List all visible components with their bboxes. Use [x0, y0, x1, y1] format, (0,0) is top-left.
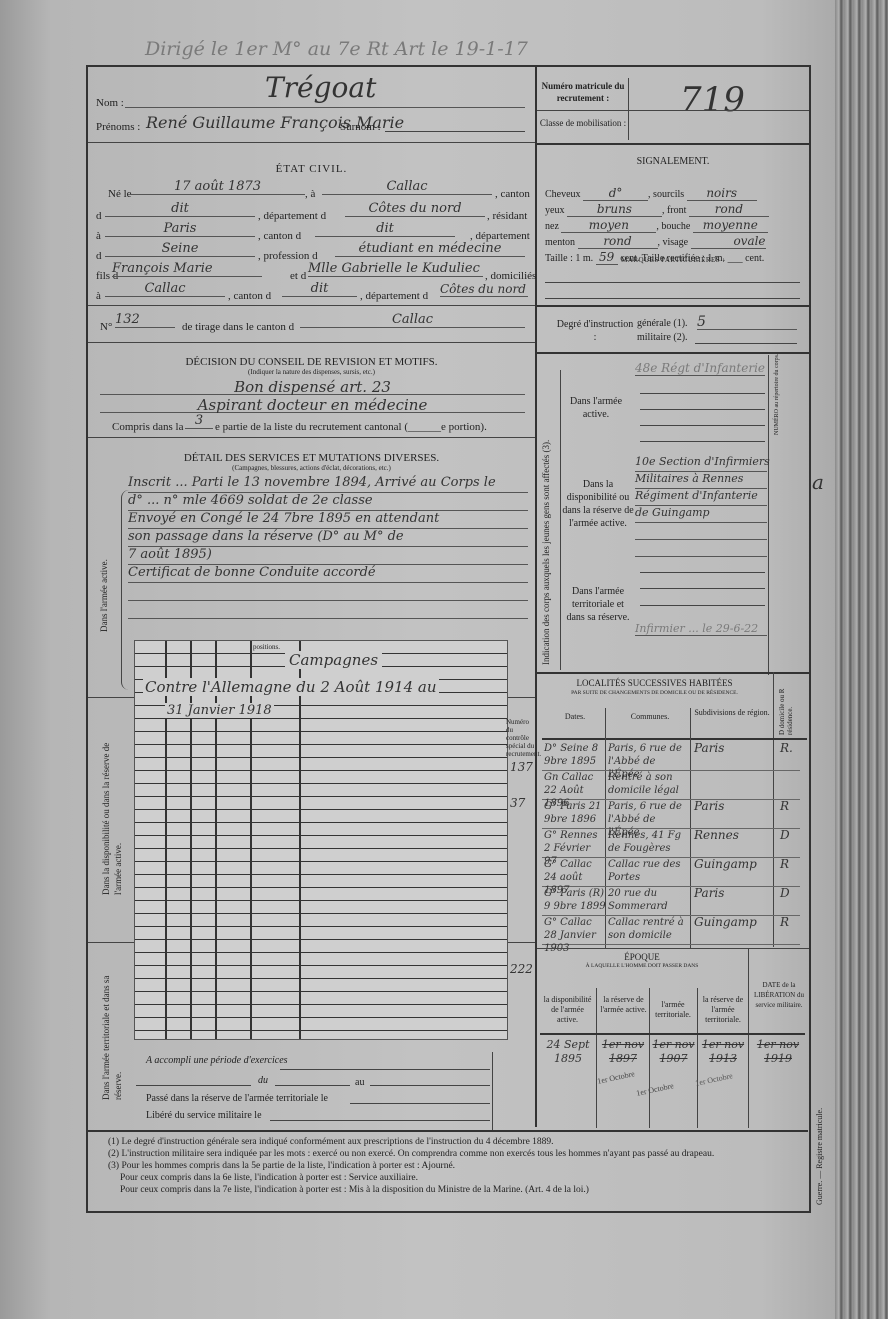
epoque-col: la réserve de l'armée territoriale. — [698, 995, 748, 1025]
affectation-side-label: Indication des corps auxquels les jeunes… — [541, 440, 551, 665]
active-label: Dans l'armée active. — [562, 395, 630, 421]
localite-row: G° Paris (R) 9 9bre 189920 rue du Sommer… — [542, 887, 800, 916]
col-dates: Dates. — [545, 712, 605, 721]
localite-subdivision: Guingamp — [694, 916, 772, 929]
controle-value: 222 — [510, 962, 533, 976]
epoque-value: 1er nov 1907 — [650, 1038, 697, 1066]
localite-row: G° Rennes 2 Février 97Rennes, 41 Fg de F… — [542, 829, 800, 858]
domicile-departement-value: Côtes du nord — [440, 282, 528, 297]
numero-repertoire-label: NUMÉRO au répertoire du corps. — [774, 354, 780, 435]
nom-label: Nom : — [96, 97, 124, 109]
localite-date: G° Paris 21 9bre 1896 — [544, 800, 606, 826]
col-domicile: D domicile ou R résidence. — [778, 675, 794, 735]
localite-commune: Callac rentré à son domicile — [608, 916, 690, 942]
tirage-text: de tirage dans le canton d — [182, 321, 294, 333]
birthplace-value: Callac — [322, 180, 492, 195]
decision-subtitle: (Indiquer la nature des dispenses, sursi… — [88, 368, 535, 376]
side-label-territoriale: Dans l'armée territoriale et dans sa rés… — [100, 960, 124, 1100]
footnote: (2) L'instruction militaire sera indiqué… — [108, 1148, 808, 1160]
services-subtitle: (Campagnes, blessures, actions d'éclat, … — [88, 464, 535, 472]
localites-title: LOCALITÉS SUCCESSIVES HABITÉES — [537, 678, 772, 688]
compris-label: Compris dans la — [112, 421, 184, 433]
generale-label: générale (1). — [637, 318, 688, 329]
residant-value: Paris — [105, 222, 255, 237]
decision-line1: Bon dispensé art. 23 — [100, 380, 525, 395]
service-line: d° ... n° mle 4669 soldat de 2e classe — [128, 493, 528, 511]
sourcils-value: noirs — [687, 186, 757, 201]
decision-line2: Aspirant docteur en médecine — [100, 398, 525, 413]
prenoms-label: Prénoms : — [96, 121, 140, 133]
epoque-col: l'armée territoriale. — [650, 1000, 696, 1020]
service-line: Inscrit ... Parti le 13 novembre 1894, A… — [128, 475, 528, 493]
mere-value: Mlle Gabrielle le Kuduliec — [308, 262, 483, 277]
epoque-value: 24 Sept 1895 — [540, 1038, 596, 1066]
active-value: 48e Régt d'Infanterie — [635, 361, 765, 376]
militaire-label: militaire (2). — [637, 332, 688, 343]
tirage-canton-value: Callac — [300, 313, 525, 328]
col-subdivisions: Subdivisions de région. — [693, 708, 771, 718]
controle-value: 137 — [510, 760, 533, 774]
yeux-value: bruns — [567, 202, 662, 217]
header-note: Dirigé le 1er M° au 7e Rt Art le 19-1-17 — [145, 38, 528, 60]
tirage-value: 132 — [115, 313, 175, 328]
departement-res-value: Seine — [105, 242, 255, 257]
territoriale-value: Infirmier ... le 29-6-22 — [635, 622, 767, 636]
localite-type: R. — [780, 742, 798, 755]
localite-row: G° Callac 24 août 1897Callac rue des Por… — [542, 858, 800, 887]
domicilies-label: , domiciliés — [485, 270, 536, 282]
epoque-value: 1er nov 1919 — [750, 1038, 806, 1066]
reserve-values: 10e Section d'Infirmiers Militaires à Re… — [635, 455, 767, 557]
epoque-value: 1er nov 1897 — [597, 1038, 649, 1066]
domicile-value: Callac — [105, 282, 225, 297]
epoque-value: 1er nov 1913 — [698, 1038, 748, 1066]
footnotes: (1) Le degré d'instruction générale sera… — [108, 1136, 808, 1196]
domicile-canton-value: dit — [282, 282, 357, 297]
accompli-label: A accompli une période d'exercices — [146, 1055, 288, 1066]
epoque-title: ÉPOQUE — [537, 952, 747, 962]
campaigns-insert: positions. Campagnes Contre l'Allemagne … — [134, 640, 508, 1040]
localite-subdivision: Rennes — [694, 829, 772, 842]
campaigns-header: positions. — [253, 643, 280, 651]
localite-subdivision: Paris — [694, 800, 772, 813]
service-line: son passage dans la réserve (D° au M° de — [128, 529, 528, 547]
ne-le-value: 17 août 1873 — [130, 180, 305, 195]
classe-label: Classe de mobilisation : — [538, 117, 628, 129]
campaigns-line1: Contre l'Allemagne du 2 Août 1914 au — [143, 678, 439, 696]
du-label: du — [258, 1075, 268, 1086]
libere-label: Libéré du service militaire le — [146, 1110, 262, 1121]
footnote: Pour ceux compris dans la 7e liste, l'in… — [108, 1184, 808, 1196]
departement-value: Côtes du nord — [345, 202, 485, 217]
localite-commune: Rentré à son domicile légal — [608, 771, 690, 797]
bouche-value: moyenne — [693, 218, 768, 233]
territoriale-label: Dans l'armée territoriale et dans sa rés… — [562, 585, 634, 624]
et-label: et d — [290, 270, 306, 282]
canton-value: dit — [105, 202, 255, 217]
canton-d-label: , canton d — [258, 230, 301, 242]
profession-value: étudiant en médecine — [335, 242, 525, 257]
numero-matricule-label: Numéro matricule du recrutement : — [538, 80, 628, 104]
domicile-departement-label: , département d — [360, 290, 428, 302]
localite-commune: 20 rue du Sommerard — [608, 887, 690, 913]
date-liberation-label: DATE de la LIBÉRATION du service militai… — [750, 980, 808, 1010]
localite-subdivision: Paris — [694, 742, 772, 755]
service-line: Certificat de bonne Conduite accordé — [128, 565, 528, 583]
cheveux-value: d° — [583, 186, 648, 201]
visage-value: ovale — [691, 234, 766, 249]
instruction-label: Degré d'instruction : — [555, 318, 635, 344]
localites-subtitle: PAR SUITE DE CHANGEMENTS DE DOMICILE OU … — [537, 690, 772, 696]
tirage-label: N° — [100, 321, 112, 333]
residant-label: , résidant — [487, 210, 527, 222]
canton-res-value: dit — [315, 222, 455, 237]
service-line: Envoyé en Congé le 24 7bre 1895 en atten… — [128, 511, 528, 529]
canton-label: , canton — [495, 188, 530, 200]
footnote: (3) Pour les hommes compris dans la 5e p… — [108, 1160, 808, 1172]
departement-label: , département d — [258, 210, 326, 222]
a-label: , à — [305, 188, 315, 200]
localite-row: G° Paris 21 9bre 1896Paris, 6 rue de l'A… — [542, 800, 800, 829]
front-value: rond — [689, 202, 769, 217]
controle-value: 37 — [510, 796, 525, 810]
services-lines: Inscrit ... Parti le 13 novembre 1894, A… — [128, 475, 528, 619]
menton-value: rond — [578, 234, 658, 249]
side-label-active: Dans l'armée active. — [99, 559, 109, 632]
nom-value: Trégoat — [265, 81, 376, 95]
ne-le-label: Né le — [108, 188, 132, 200]
pere-value: François Marie — [112, 262, 262, 277]
generale-value: 5 — [697, 315, 797, 330]
spine-label: Guerre. — Registre matricule. — [815, 1108, 824, 1205]
epoque-col: la réserve de l'armée active. — [597, 995, 650, 1015]
service-line: 7 août 1895) — [128, 547, 528, 565]
numero-matricule-value: 719 — [680, 80, 745, 120]
localite-subdivision: Paris — [694, 887, 772, 900]
localite-type: R — [780, 800, 798, 813]
signalement: Cheveux d°, sourcils noirs yeux bruns, f… — [545, 186, 805, 266]
nom-field: Trégoat — [125, 87, 525, 108]
col-communes: Communes. — [610, 712, 690, 721]
marques-label: MARQUES PARTICULIÈRES : — [537, 256, 809, 264]
localite-row: Gn Callac 22 Août 1896Rentré à son domic… — [542, 771, 800, 800]
localite-row: D° Seine 8 9bre 1895Paris, 6 rue de l'Ab… — [542, 742, 800, 771]
services-title: DÉTAIL DES SERVICES ET MUTATIONS DIVERSE… — [88, 452, 535, 464]
surnom-label: Surnom : — [340, 121, 381, 133]
etat-civil-title: ÉTAT CIVIL. — [88, 163, 535, 175]
localite-date: G° Paris (R) 9 9bre 1899 — [544, 887, 606, 913]
footnote: Pour ceux compris dans la 6e liste, l'in… — [108, 1172, 808, 1184]
reserve-label: Dans la disponibilité ou dans la réserve… — [562, 478, 634, 530]
signalement-title: SIGNALEMENT. — [537, 156, 809, 167]
compris-text: e partie de la liste du recrutement cant… — [215, 421, 487, 433]
domicile-canton-label: , canton d — [228, 290, 271, 302]
nez-value: moyen — [561, 218, 656, 233]
controle-label: Numéro du contrôle spécial du recrutemen… — [506, 718, 536, 758]
au-label: au — [355, 1077, 364, 1088]
epoque-col: la disponibilité de l'armée active. — [540, 995, 595, 1025]
localite-row: G° Callac 28 Janvier 1903Callac rentré à… — [542, 916, 800, 945]
compris-value: 3 — [185, 414, 213, 429]
campaigns-title: Campagnes — [285, 651, 382, 669]
page-edges — [835, 0, 888, 1319]
localite-type: D — [780, 829, 798, 842]
localite-subdivision: Guingamp — [694, 858, 772, 871]
decision-title: DÉCISION DU CONSEIL DE REVISION ET MOTIF… — [88, 356, 535, 368]
reserve-margin-mark: a — [812, 470, 824, 494]
localite-type: D — [780, 887, 798, 900]
localite-date: G° Callac 28 Janvier 1903 — [544, 916, 606, 955]
localite-commune: Callac rue des Portes — [608, 858, 690, 884]
passe-label: Passé dans la réserve de l'armée territo… — [146, 1093, 328, 1104]
epoque-subtitle: À LAQUELLE L'HOMME DOIT PASSER DANS — [537, 963, 747, 969]
localite-date: D° Seine 8 9bre 1895 — [544, 742, 606, 768]
localite-type: R — [780, 858, 798, 871]
footnote: (1) Le degré d'instruction générale sera… — [108, 1136, 808, 1148]
localite-commune: Rennes, 41 Fg de Fougères — [608, 829, 690, 855]
localite-type: R — [780, 916, 798, 929]
side-label-disponibilite: Dans la disponibilité ou dans la réserve… — [100, 735, 124, 895]
campaigns-line2: 31 Janvier 1918 — [165, 703, 274, 718]
